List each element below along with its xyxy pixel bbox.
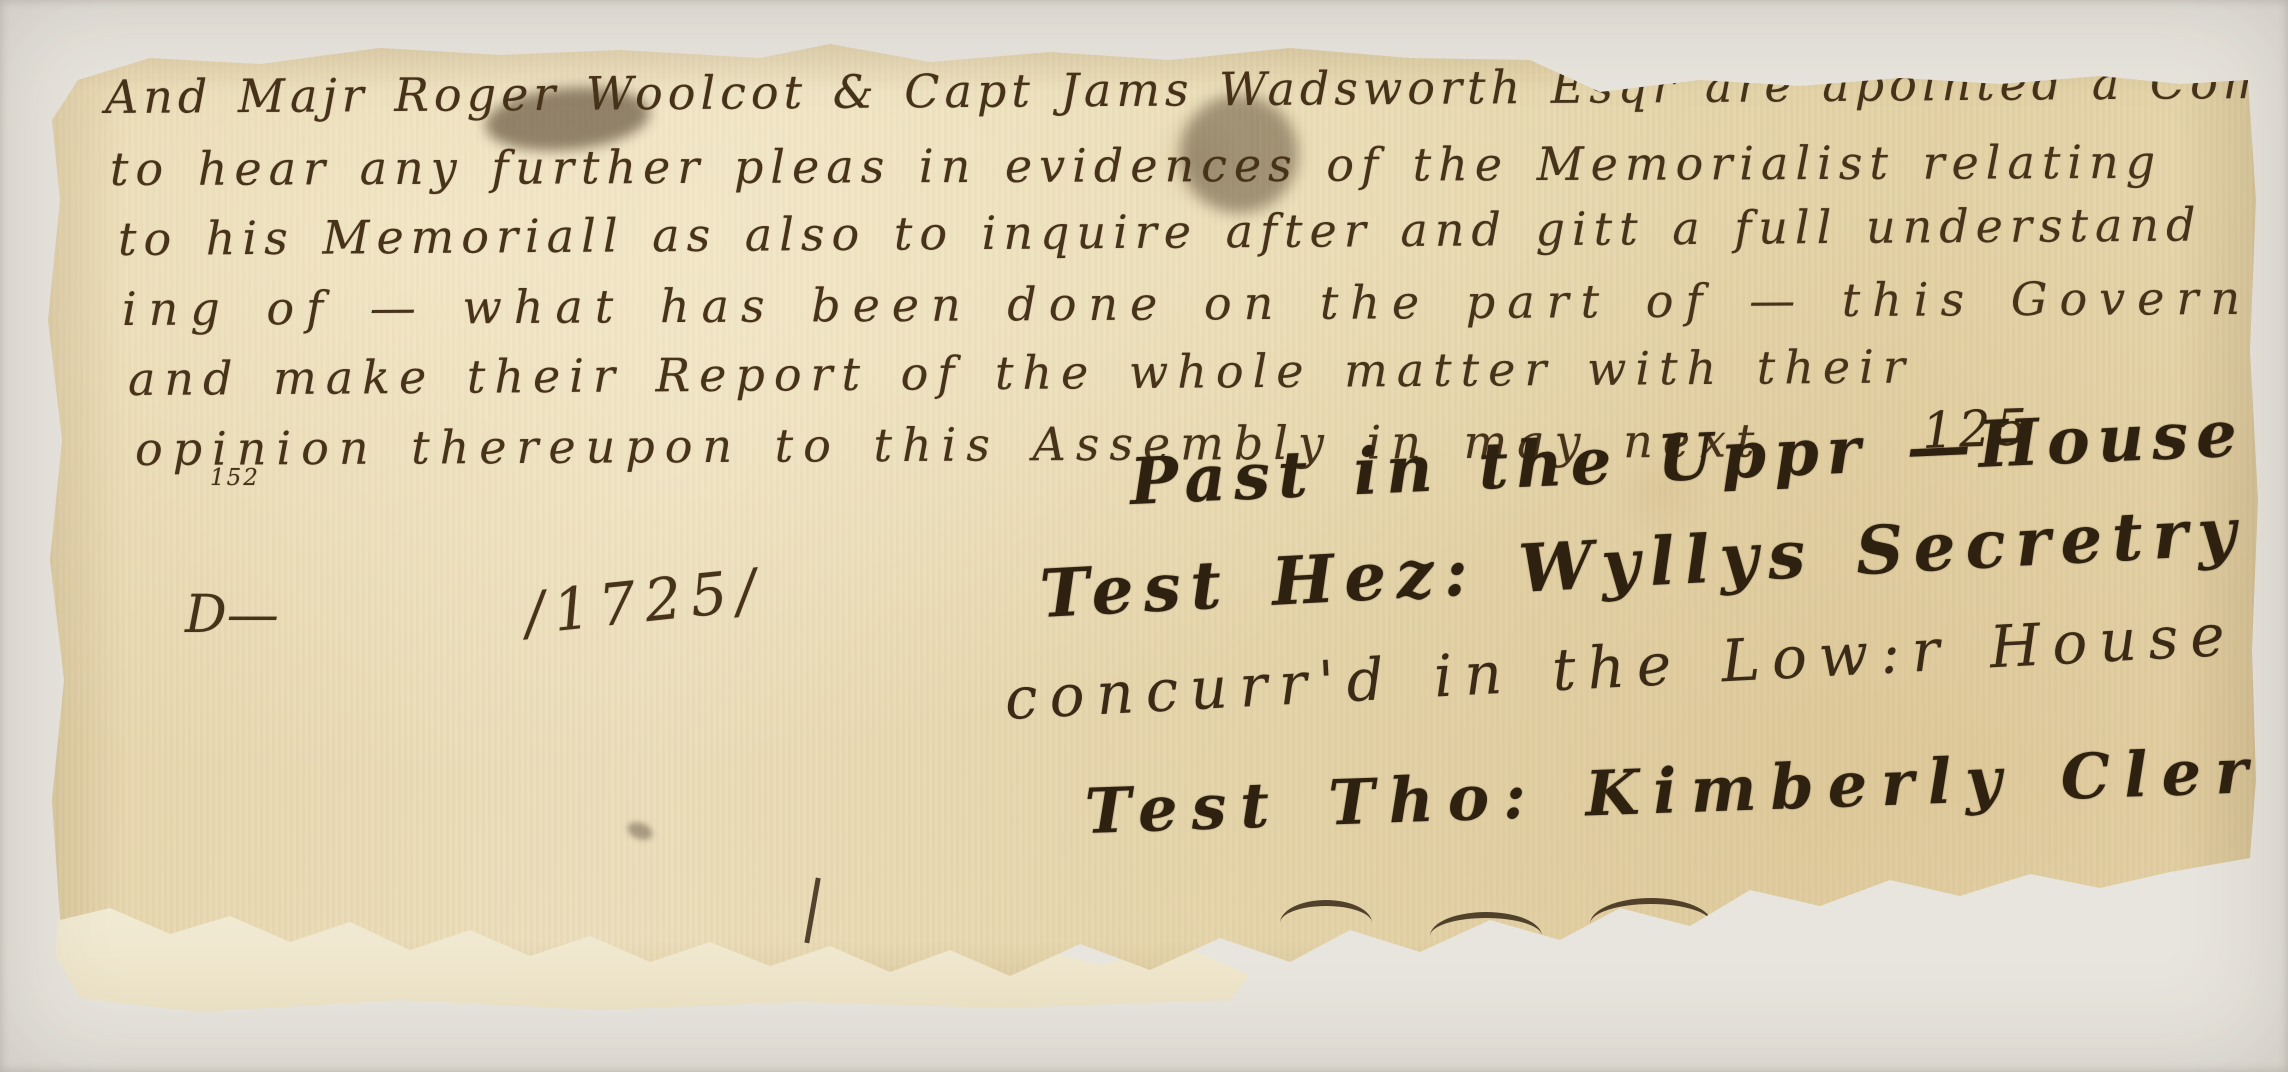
torn-writing-remnant: [1430, 912, 1542, 960]
manuscript-line-4: ing of — what has been done on the part …: [122, 270, 2288, 336]
torn-writing-remnant: [804, 878, 826, 945]
ink-smudge: [625, 819, 655, 843]
manuscript-line-3: to his Memoriall as also to inquire afte…: [118, 197, 2203, 266]
manuscript-paper-fragment: And Majr Roger Woolcot & Capt Jams Wadsw…: [38, 33, 2263, 1008]
torn-writing-remnant: [1590, 898, 1712, 950]
torn-writing-remnant: [1280, 900, 1372, 946]
year-notation: /1725/: [521, 555, 767, 648]
manuscript-line-1: And Majr Roger Woolcot & Capt Jams Wadsw…: [105, 54, 2288, 124]
paraph-mark: D—: [185, 585, 279, 645]
manuscript-line-5: and make their Report of the whole matte…: [128, 340, 1914, 406]
attestation-line-clerk: Test Tho: Kimberly Clerk: [1084, 732, 2288, 848]
photo-mat: And Majr Roger Woolcot & Capt Jams Wadsw…: [0, 0, 2288, 1072]
manuscript-line-2: to hear any further pleas in evidences o…: [110, 135, 2162, 196]
folio-number: 152: [210, 465, 260, 491]
